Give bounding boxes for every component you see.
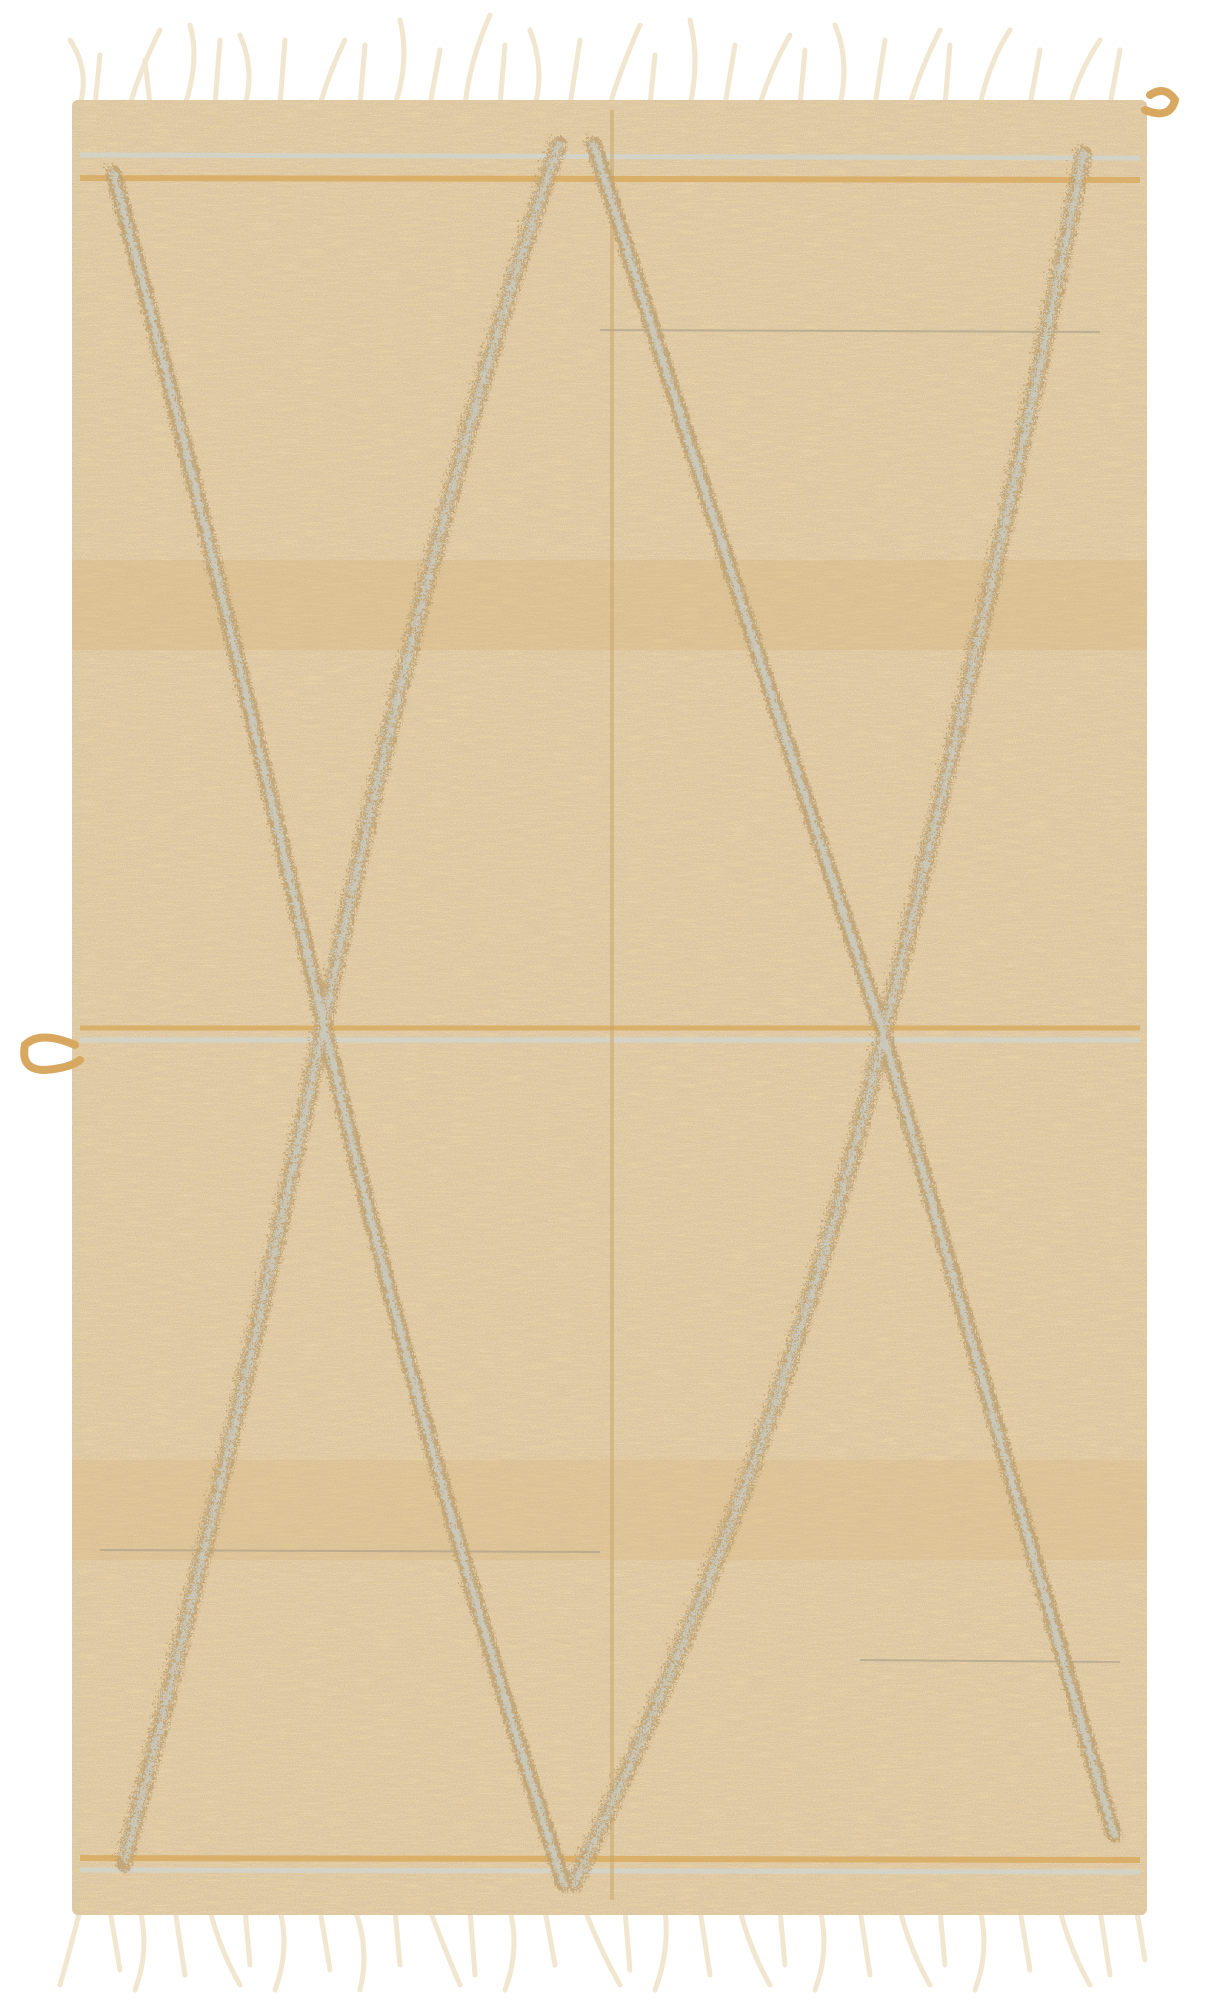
- left-side-tie: [24, 1038, 80, 1071]
- rug-photo: [0, 0, 1215, 2000]
- top-fringe: [70, 15, 1120, 105]
- rug-body: [72, 100, 1147, 1915]
- rug-illustration: [0, 0, 1215, 2000]
- right-top-tie: [1145, 91, 1175, 113]
